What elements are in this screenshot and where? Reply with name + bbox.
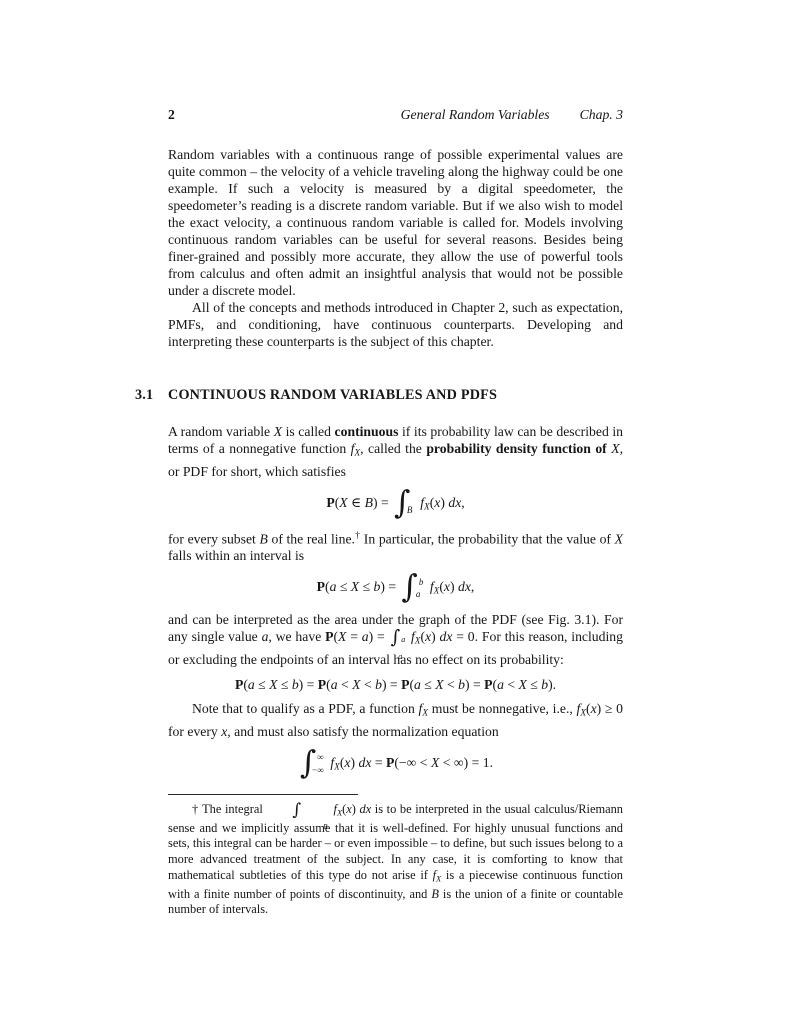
- integral-sign: ∫∞−∞: [300, 749, 324, 779]
- header-right-group: General Random Variables Chap. 3: [401, 106, 623, 123]
- formula-interval-probability: P(a ≤ X ≤ b) = ∫ba fX(x) dx,: [168, 573, 623, 603]
- paragraph-intro-1: Random variables with a continuous range…: [168, 146, 623, 299]
- footnote: † The integral ∫ B fX(x) dx is to be int…: [168, 802, 623, 918]
- section-number: 3.1: [135, 387, 153, 404]
- integral-sign: ∫ B: [394, 489, 414, 519]
- integral-sign: ∫aa: [391, 629, 406, 647]
- paragraph-subset: for every subset B of the real line.† In…: [168, 527, 623, 565]
- book-page: 2 General Random Variables Chap. 3 Rando…: [0, 0, 791, 1024]
- chapter-label: Chap. 3: [580, 106, 623, 123]
- paragraph-definition: A random variable X is called continuous…: [168, 423, 623, 480]
- paragraph-area: and can be interpreted as the area under…: [168, 611, 623, 668]
- running-title: General Random Variables: [401, 106, 550, 123]
- section-heading: 3.1 CONTINUOUS RANDOM VARIABLES AND PDFS: [168, 387, 623, 404]
- page-header: 2 General Random Variables Chap. 3: [168, 106, 623, 123]
- formula-pdf-definition: P(X ∈ B) = ∫ B fX(x) dx,: [168, 489, 623, 519]
- page-number: 2: [168, 106, 175, 123]
- section-title: CONTINUOUS RANDOM VARIABLES AND PDFS: [168, 387, 497, 403]
- integral-sign: ∫ba: [402, 573, 424, 603]
- formula-normalization: ∫∞−∞ fX(x) dx = P(−∞ < X < ∞) = 1.: [168, 749, 623, 779]
- integral-sign: ∫ B: [268, 802, 328, 818]
- formula-endpoints-equality: P(a ≤ X ≤ b) = P(a < X < b) = P(a ≤ X < …: [168, 677, 623, 693]
- paragraph-intro-2: All of the concepts and methods introduc…: [168, 299, 623, 350]
- footnote-separator: [168, 794, 358, 795]
- paragraph-note: Note that to qualify as a PDF, a functio…: [168, 700, 623, 740]
